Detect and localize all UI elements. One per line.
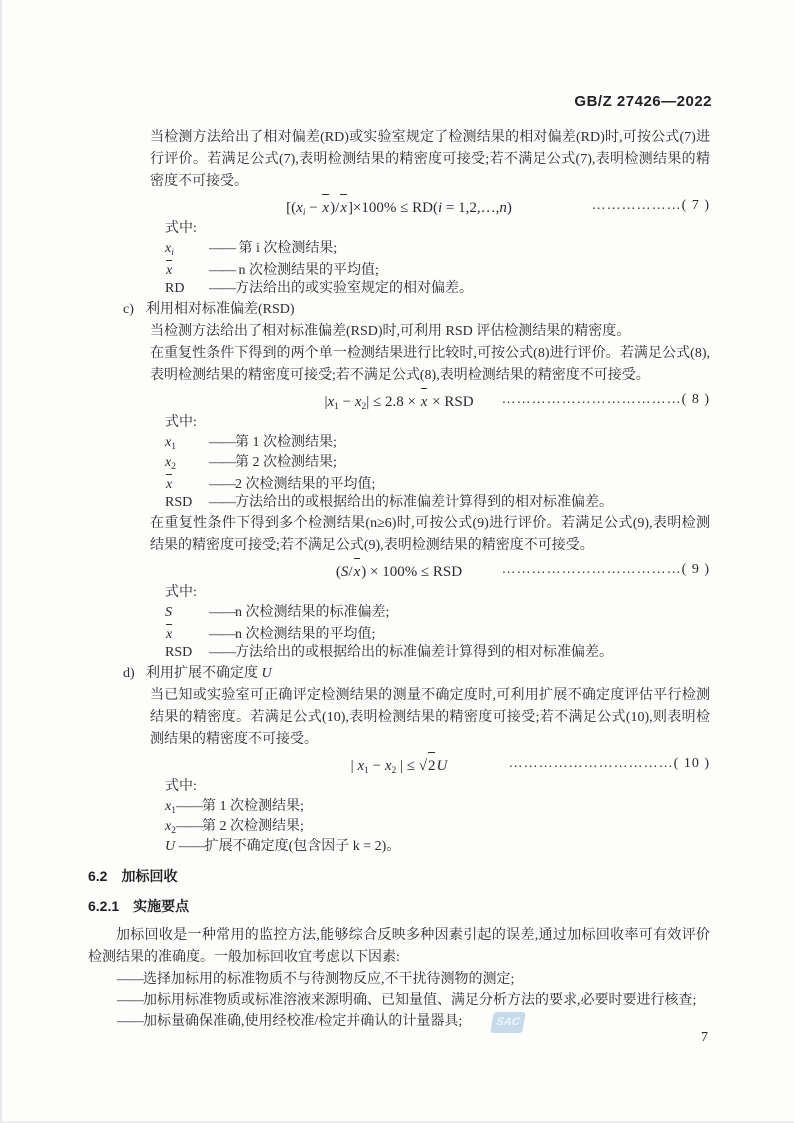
formula-10-expression: | x1 − x2 | ≤ √2U [351, 758, 448, 774]
clause-c-heading: c)利用相对标准偏差(RSD) [123, 299, 710, 321]
formula-7: [(xi − x)/x]×100% ≤ RD(i = 1,2,…,n) …………… [88, 193, 710, 219]
section-6-2-1-number: 6.2.1 [88, 895, 119, 917]
formula-7-expression: [(xi − x)/x]×100% ≤ RD(i = 1,2,…,n) [286, 200, 512, 216]
formula-intro-label: 式中: [165, 777, 710, 797]
definition-row: x2——第 2 次检测结果; [165, 453, 710, 473]
definition-row: x——n 次检测结果的平均值; [165, 623, 710, 643]
recovery-paragraph: 加标回收是一种常用的监控方法,能够综合反映多种因素引起的误差,通过加标回收率可有… [88, 925, 710, 969]
clause-c-label: c) [123, 299, 146, 321]
clause-d-paragraph: 当已知或实验室可正确评定检测结果的测量不确定度时,可利用扩展不确定度评估平行检测… [150, 685, 710, 751]
formula-9-leader: ………………………………( 9 ) [502, 557, 710, 583]
page-number: 7 [701, 1030, 708, 1046]
section-6-2-1-title: 实施要点 [133, 898, 189, 914]
definition-row: x——2 次检测结果的平均值; [165, 473, 710, 493]
clause-d-heading: d)利用扩展不确定度 U [123, 663, 710, 685]
formula-9-expression: (S/x) × 100% ≤ RSD [336, 564, 462, 580]
formula-9: (S/x) × 100% ≤ RSD ………………………………( 9 ) [88, 557, 710, 583]
definition-row: x1——第 1 次检测结果; [165, 433, 710, 453]
formula-10-leader: ……………………………( 10 ) [509, 751, 710, 777]
recovery-bullet: ——加标用标准物质或标准溶液来源明确、已知量值、满足分析方法的要求,必要时要进行… [88, 990, 710, 1011]
section-6-2-1-heading: 6.2.1实施要点 [88, 895, 710, 917]
definition-row: x2——第 2 次检测结果; [165, 817, 710, 837]
definition-row: x—— n 次检测结果的平均值; [165, 259, 710, 279]
definition-row: xi—— 第 i 次检测结果; [165, 239, 710, 259]
clause-d-label: d) [123, 663, 146, 685]
clause-d-title: 利用扩展不确定度 U [146, 666, 272, 681]
recovery-bullet: ——加标量确保准确,使用经校准/检定并确认的计量器具; [88, 1011, 710, 1032]
document-page: GB/Z 27426—2022 当检测方法给出了相对偏差(RD)或实验室规定了检… [0, 0, 794, 1123]
sac-watermark: SAC [490, 1012, 526, 1033]
section-6-2-heading: 6.2加标回收 [88, 865, 710, 887]
formula-8-leader: ………………………………( 8 ) [502, 387, 710, 413]
formula-intro-label: 式中: [165, 583, 710, 603]
section-6-2-title: 加标回收 [121, 868, 177, 884]
definition-row: RSD——方法给出的或根据给出的标准偏差计算得到的相对标准偏差。 [165, 493, 710, 513]
definition-row: S——n 次检测结果的标准偏差; [165, 603, 710, 623]
standard-code: GB/Z 27426—2022 [574, 93, 712, 110]
page-content: 当检测方法给出了相对偏差(RD)或实验室规定了检测结果的相对偏差(RD)时,可按… [88, 127, 710, 1032]
section-6-2-number: 6.2 [88, 865, 107, 887]
clause-c-paragraph-1: 当检测方法给出了相对标准偏差(RSD)时,可利用 RSD 评估检测结果的精密度。 [150, 321, 710, 343]
formula-10: | x1 − x2 | ≤ √2U ……………………………( 10 ) [88, 751, 710, 777]
formula-intro-label: 式中: [165, 413, 710, 433]
clause-c-paragraph-2: 在重复性条件下得到的两个单一检测结果进行比较时,可按公式(8)进行评价。若满足公… [150, 343, 710, 387]
clause-c-paragraph-3: 在重复性条件下得到多个检测结果(n≥6)时,可按公式(9)进行评价。若满足公式(… [150, 513, 710, 557]
recovery-bullet: ——选择加标用的标准物质不与待测物反应,不干扰待测物的测定; [88, 969, 710, 990]
definition-row: RD——方法给出的或实验室规定的相对偏差。 [165, 279, 710, 299]
formula-intro-label: 式中: [165, 219, 710, 239]
clause-c-title: 利用相对标准偏差(RSD) [146, 302, 295, 317]
clause-b-paragraph: 当检测方法给出了相对偏差(RD)或实验室规定了检测结果的相对偏差(RD)时,可按… [150, 127, 710, 193]
definition-row: U ——扩展不确定度(包含因子 k = 2)。 [165, 837, 710, 857]
definition-row: x1——第 1 次检测结果; [165, 797, 710, 817]
formula-8-expression: |x1 − x2| ≤ 2.8 × x × RSD [324, 394, 473, 410]
formula-8: |x1 − x2| ≤ 2.8 × x × RSD ………………………………( … [88, 387, 710, 413]
formula-7-leader: ………………( 7 ) [592, 193, 710, 219]
definition-row: RSD——方法给出的或根据给出的标准偏差计算得到的相对标准偏差。 [165, 643, 710, 663]
